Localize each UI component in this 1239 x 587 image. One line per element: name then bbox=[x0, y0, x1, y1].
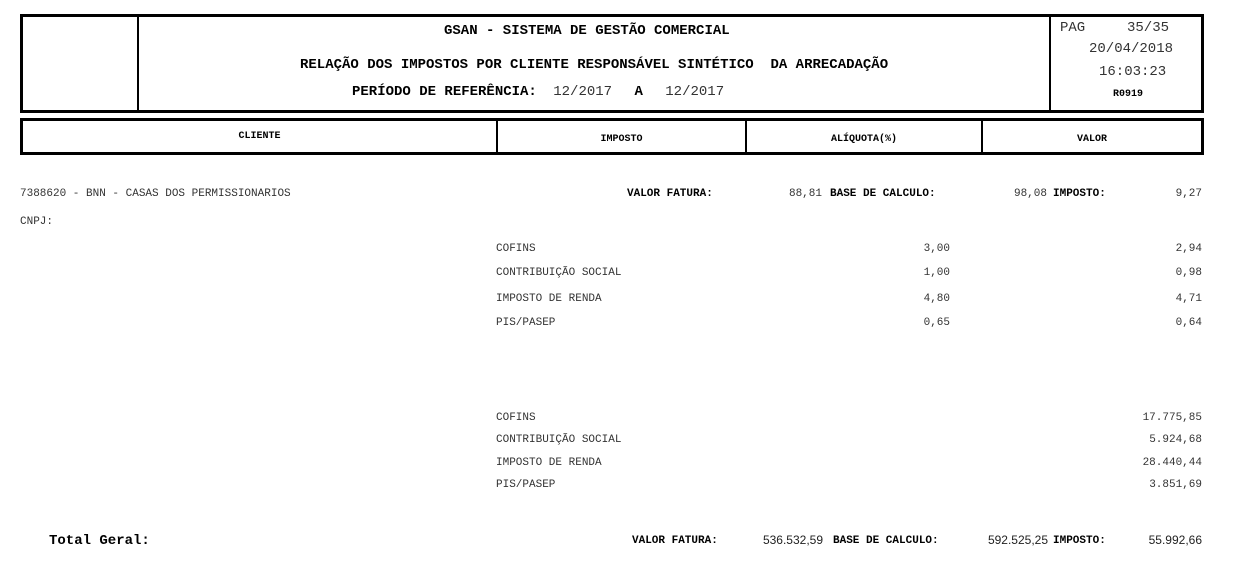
tax-aliquota: 1,00 bbox=[880, 267, 950, 279]
imposto-value: 9,27 bbox=[1140, 188, 1202, 200]
valor-fatura-value: 88,81 bbox=[760, 188, 822, 200]
total-imposto-value: 55.992,66 bbox=[1124, 533, 1202, 547]
tax-name: PIS/PASEP bbox=[496, 317, 555, 329]
summary-tax-name: IMPOSTO DE RENDA bbox=[496, 457, 602, 469]
column-valor: VALOR bbox=[983, 124, 1201, 155]
total-geral-label: Total Geral: bbox=[49, 533, 150, 549]
tax-valor: 4,71 bbox=[1130, 293, 1202, 305]
period-separator: A bbox=[634, 84, 642, 100]
system-title: GSAN - SISTEMA DE GESTÃO COMERCIAL bbox=[444, 23, 730, 39]
base-calculo-label: BASE DE CALCULO: bbox=[830, 188, 936, 200]
period-label: PERÍODO DE REFERÊNCIA: bbox=[352, 84, 537, 100]
column-cliente: CLIENTE bbox=[23, 121, 496, 152]
tax-aliquota: 0,65 bbox=[880, 317, 950, 329]
cnpj-label: CNPJ: bbox=[20, 216, 53, 228]
column-imposto: IMPOSTO bbox=[498, 124, 745, 155]
summary-tax-name: CONTRIBUIÇÃO SOCIAL bbox=[496, 434, 621, 446]
header-divider-right bbox=[1049, 17, 1051, 110]
summary-tax-valor: 3.851,69 bbox=[1100, 479, 1202, 491]
total-imposto-label: IMPOSTO: bbox=[1053, 535, 1106, 547]
report-date: 20/04/2018 bbox=[1089, 41, 1173, 57]
valor-fatura-label: VALOR FATURA: bbox=[627, 188, 713, 200]
report-title: RELAÇÃO DOS IMPOSTOS POR CLIENTE RESPONS… bbox=[300, 57, 888, 73]
base-calculo-value: 98,08 bbox=[985, 188, 1047, 200]
period-start: 12/2017 bbox=[553, 84, 612, 100]
tax-name: IMPOSTO DE RENDA bbox=[496, 293, 602, 305]
tax-valor: 0,64 bbox=[1130, 317, 1202, 329]
report-time: 16:03:23 bbox=[1099, 64, 1166, 80]
header-divider-left bbox=[137, 17, 139, 110]
total-base-calculo-value: 592.525,25 bbox=[970, 533, 1048, 547]
client-name: 7388620 - BNN - CASAS DOS PERMISSIONARIO… bbox=[20, 188, 291, 200]
tax-name: COFINS bbox=[496, 243, 536, 255]
summary-tax-valor: 5.924,68 bbox=[1100, 434, 1202, 446]
report-code: R0919 bbox=[1113, 89, 1143, 100]
page-number: 35/35 bbox=[1127, 20, 1169, 36]
summary-tax-name: COFINS bbox=[496, 412, 536, 424]
total-base-calculo-label: BASE DE CALCULO: bbox=[833, 535, 939, 547]
total-valor-fatura-value: 536.532,59 bbox=[745, 533, 823, 547]
tax-valor: 2,94 bbox=[1130, 243, 1202, 255]
tax-name: CONTRIBUIÇÃO SOCIAL bbox=[496, 267, 621, 279]
total-valor-fatura-label: VALOR FATURA: bbox=[632, 535, 718, 547]
summary-tax-valor: 28.440,44 bbox=[1100, 457, 1202, 469]
summary-tax-valor: 17.775,85 bbox=[1100, 412, 1202, 424]
page-label: PAG bbox=[1060, 20, 1085, 36]
tax-aliquota: 4,80 bbox=[880, 293, 950, 305]
period-line: PERÍODO DE REFERÊNCIA: 12/2017 A 12/2017 bbox=[352, 84, 724, 100]
imposto-label: IMPOSTO: bbox=[1053, 188, 1106, 200]
tax-valor: 0,98 bbox=[1130, 267, 1202, 279]
column-header-row: CLIENTE IMPOSTO ALÍQUOTA(%) VALOR bbox=[20, 118, 1204, 155]
summary-tax-name: PIS/PASEP bbox=[496, 479, 555, 491]
column-aliquota: ALÍQUOTA(%) bbox=[747, 124, 981, 155]
tax-aliquota: 3,00 bbox=[880, 243, 950, 255]
period-end: 12/2017 bbox=[665, 84, 724, 100]
